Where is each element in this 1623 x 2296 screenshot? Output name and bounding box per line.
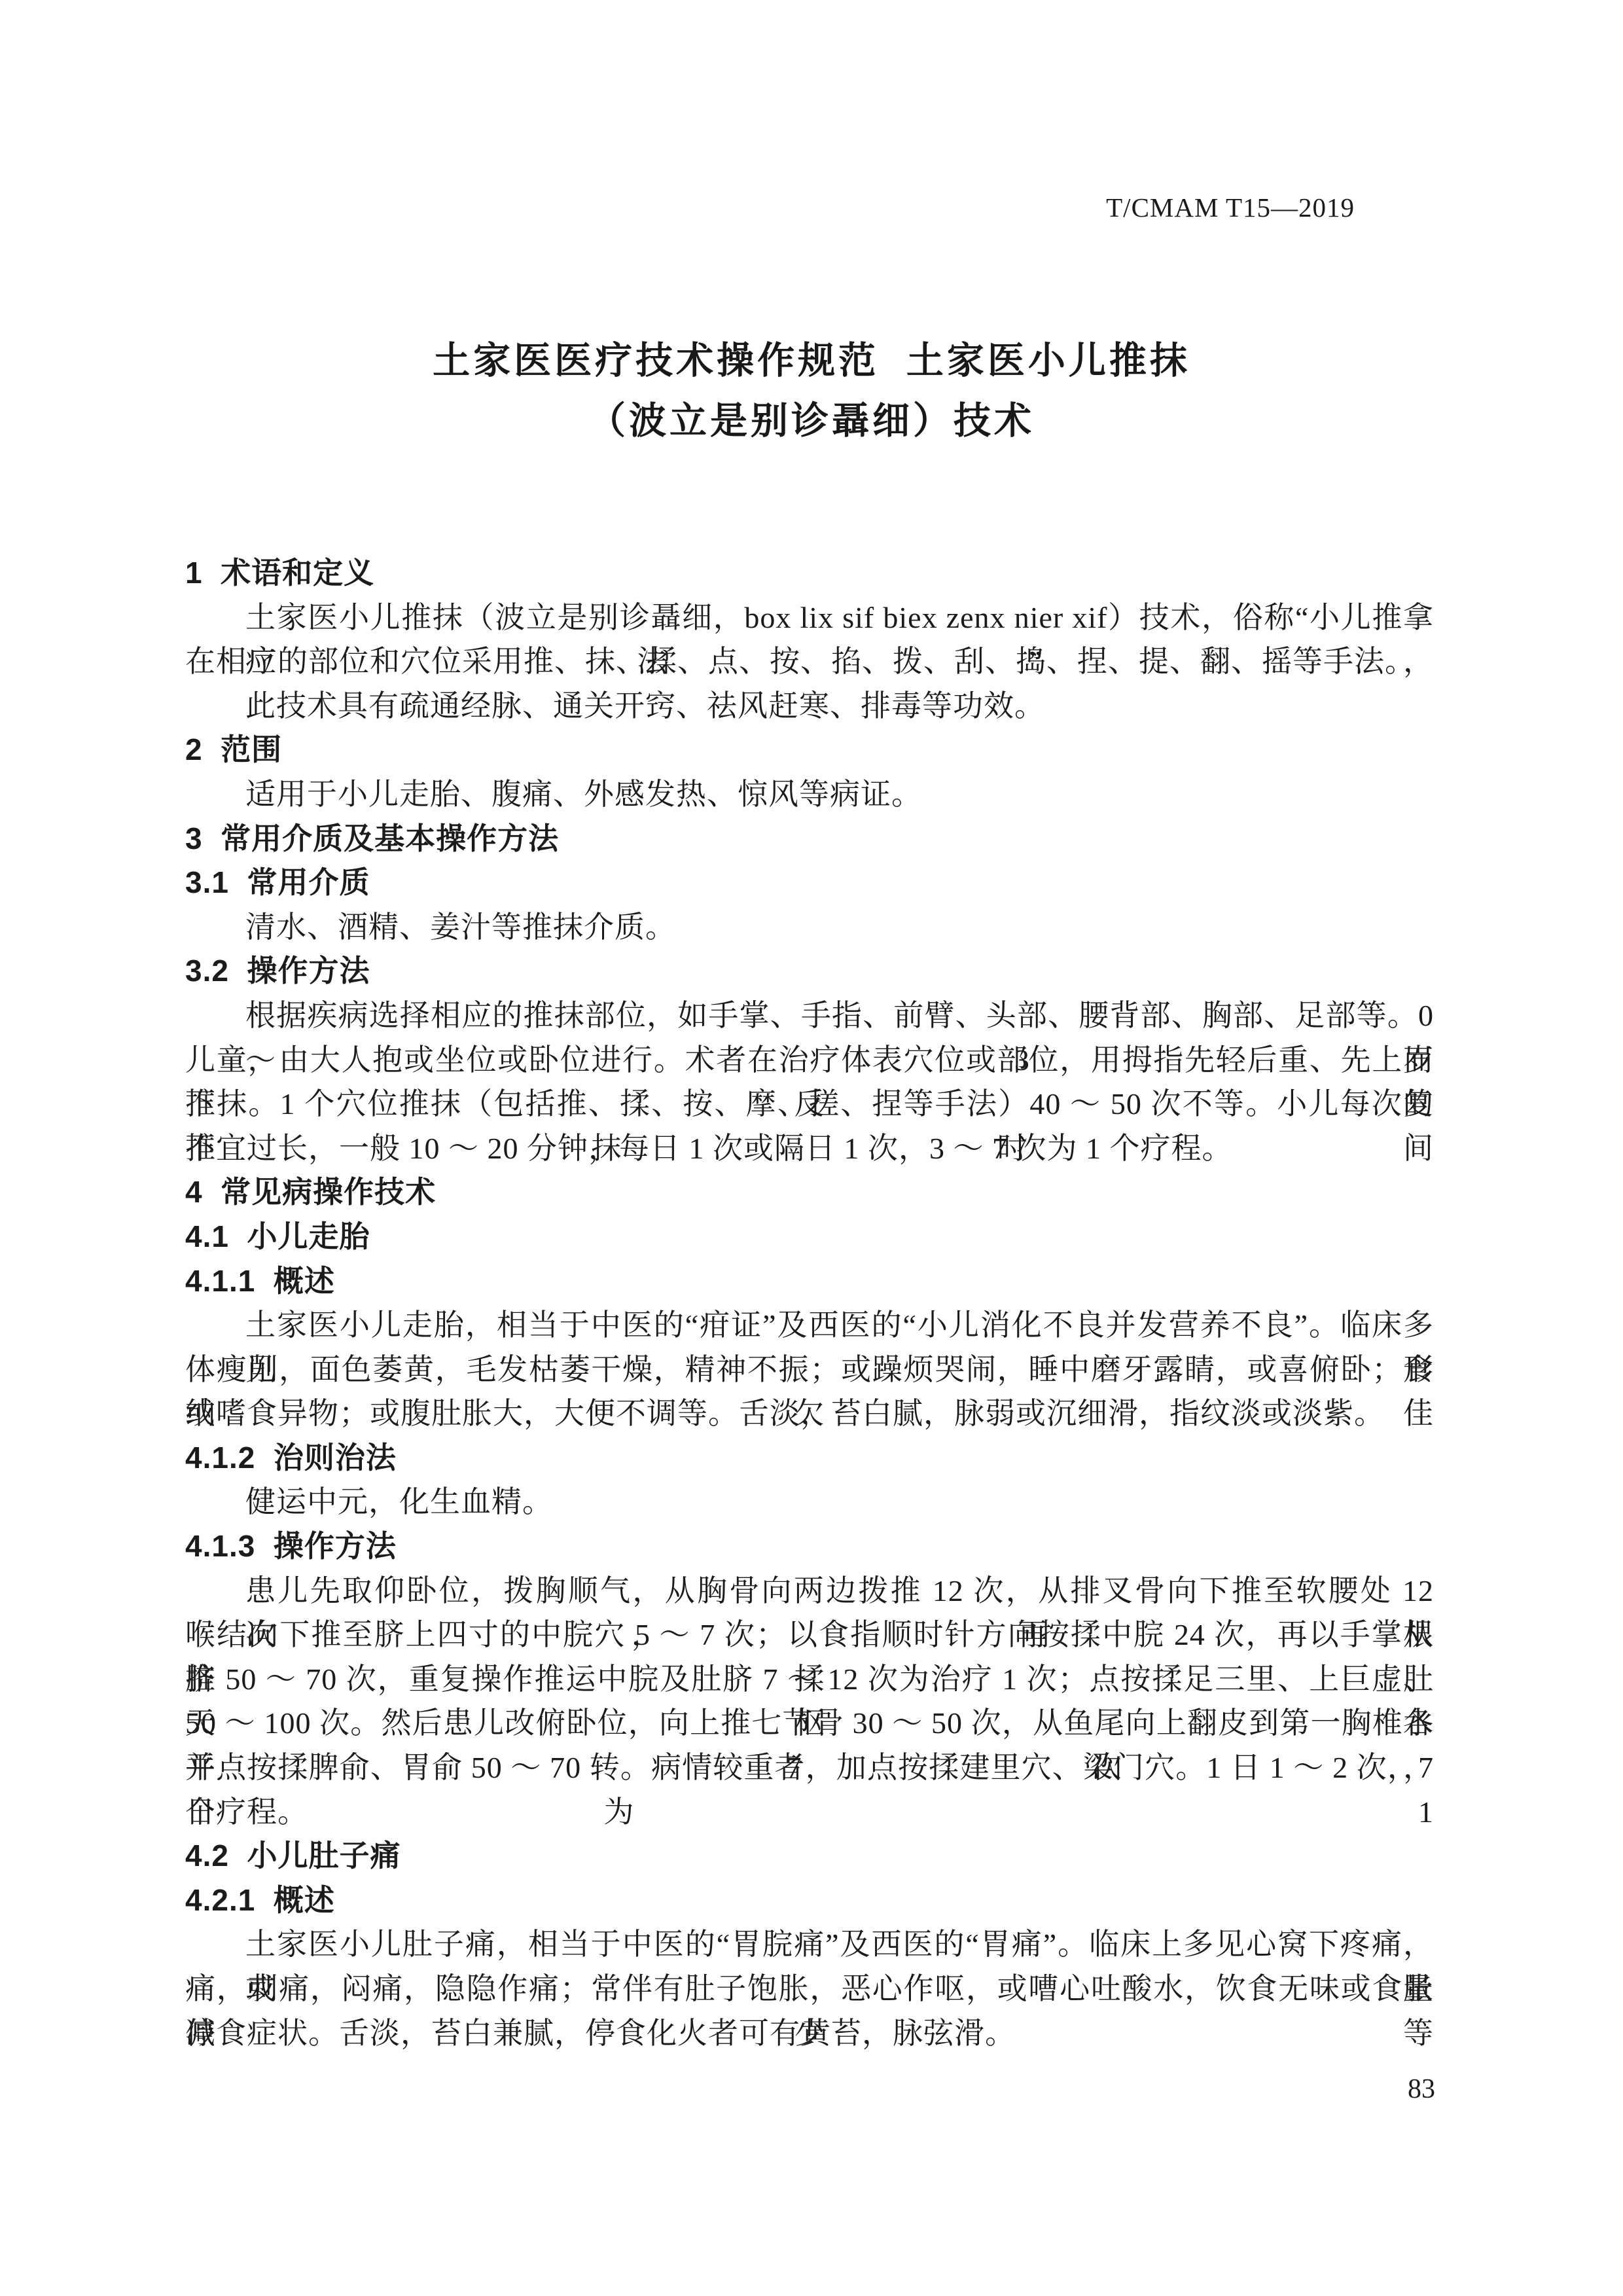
paragraph-line: 脐 50 ～ 70 次，重复操作推运中脘及肚脐 7 ～ 12 次为治疗 1 次；… (185, 1657, 1434, 1702)
section-heading: 2 范围 (185, 728, 1434, 772)
section-heading: 4.1.1 概述 (185, 1259, 1434, 1304)
paragraph-line: 体瘦削，面色萎黄，毛发枯萎干燥，精神不振；或躁烦哭闹，睡中磨牙露睛，或喜俯卧；食… (185, 1348, 1434, 1392)
paragraph-line: 喉结向下推至脐上四寸的中脘穴 5 ～ 7 次；以食指顺时针方向按揉中脘 24 次… (185, 1613, 1434, 1657)
section-heading: 1 术语和定义 (185, 551, 1434, 596)
paragraph-line: 适用于小儿走胎、腹痛、外感发热、惊风等病证。 (185, 772, 1434, 817)
section-heading: 3.2 操作方法 (185, 949, 1434, 994)
section-heading: 4.1.3 操作方法 (185, 1524, 1434, 1569)
standard-code-header: T/CMAM T15—2019 (1106, 192, 1355, 223)
section-heading: 4 常见病操作技术 (185, 1170, 1434, 1215)
section-heading: 4.1.2 治则治法 (185, 1436, 1434, 1480)
paragraph-line: 推抹。1 个穴位推抹（包括推、揉、按、摩、搓、捏等手法）40 ～ 50 次不等。… (185, 1082, 1434, 1126)
paragraph-line: 儿童，由大人抱或坐位或卧位进行。术者在治疗体表穴位或部位，用拇指先轻后重、先上而… (185, 1038, 1434, 1083)
document-title-line-1: 土家医医疗技术操作规范 土家医小儿推抹 (0, 331, 1623, 391)
paragraph-line: 50 ～ 100 次。然后患儿改俯卧位，向上推七节骨 30 ～ 50 次，从鱼尾… (185, 1701, 1434, 1746)
section-heading: 4.2.1 概述 (185, 1878, 1434, 1923)
paragraph-line: 此技术具有疏通经脉、通关开窍、祛风赶寒、排毒等功效。 (185, 684, 1434, 728)
paragraph-line: 痛，刺痛，闷痛，隐隐作痛；常伴有肚子饱胀，恶心作呕，或嘈心吐酸水，饮食无味或食量… (185, 1967, 1434, 2011)
section-heading: 3 常用介质及基本操作方法 (185, 817, 1434, 861)
paragraph-line: 或嗜食异物；或腹肚胀大，大便不调等。舌淡，苔白腻，脉弱或沉细滑，指纹淡或淡紫。 (185, 1391, 1434, 1436)
paragraph-line: 患儿先取仰卧位，拨胸顺气，从胸骨向两边拨推 12 次，从排叉骨向下推至软腰处 1… (185, 1569, 1434, 1613)
paragraph-line: 土家医小儿推抹（波立是别诊聶细，box lix sif biex zenx ni… (185, 596, 1434, 640)
document-page: T/CMAM T15—2019 土家医医疗技术操作规范 土家医小儿推抹 （波立是… (0, 0, 1623, 2296)
paragraph-line: 并点按揉脾俞、胃俞 50 ～ 70 转。病情较重者，加点按揉建里穴、梁门穴。1 … (185, 1746, 1434, 1790)
paragraph-line: 土家医小儿走胎，相当于中医的“疳证”及西医的“小儿消化不良并发营养不良”。临床多… (185, 1303, 1434, 1348)
paragraph-line: 清水、酒精、姜汁等推抹介质。 (185, 905, 1434, 950)
document-body: 1 术语和定义土家医小儿推抹（波立是别诊聶细，box lix sif biex … (185, 551, 1434, 2055)
paragraph-line: 在相应的部位和穴位采用推、抹、揉、点、按、掐、拨、刮、捣、捏、提、翻、摇等手法。 (185, 639, 1434, 684)
section-heading: 4.2 小儿肚子痛 (185, 1834, 1434, 1878)
page-number: 83 (1408, 2073, 1435, 2105)
paragraph-line: 健运中元，化生血精。 (185, 1480, 1434, 1524)
paragraph-line: 土家医小儿肚子痛，相当于中医的“胃脘痛”及西医的“胃痛”。临床上多见心窝下疼痛，… (185, 1922, 1434, 1967)
section-heading: 4.1 小儿走胎 (185, 1215, 1434, 1259)
section-heading: 3.1 常用介质 (185, 861, 1434, 905)
paragraph-line: 根据疾病选择相应的推抹部位，如手掌、手指、前臂、头部、腰背部、胸部、足部等。0 … (185, 994, 1434, 1038)
document-title: 土家医医疗技术操作规范 土家医小儿推抹 （波立是别诊聶细）技术 (0, 331, 1623, 451)
document-title-line-2: （波立是别诊聶细）技术 (0, 391, 1623, 451)
